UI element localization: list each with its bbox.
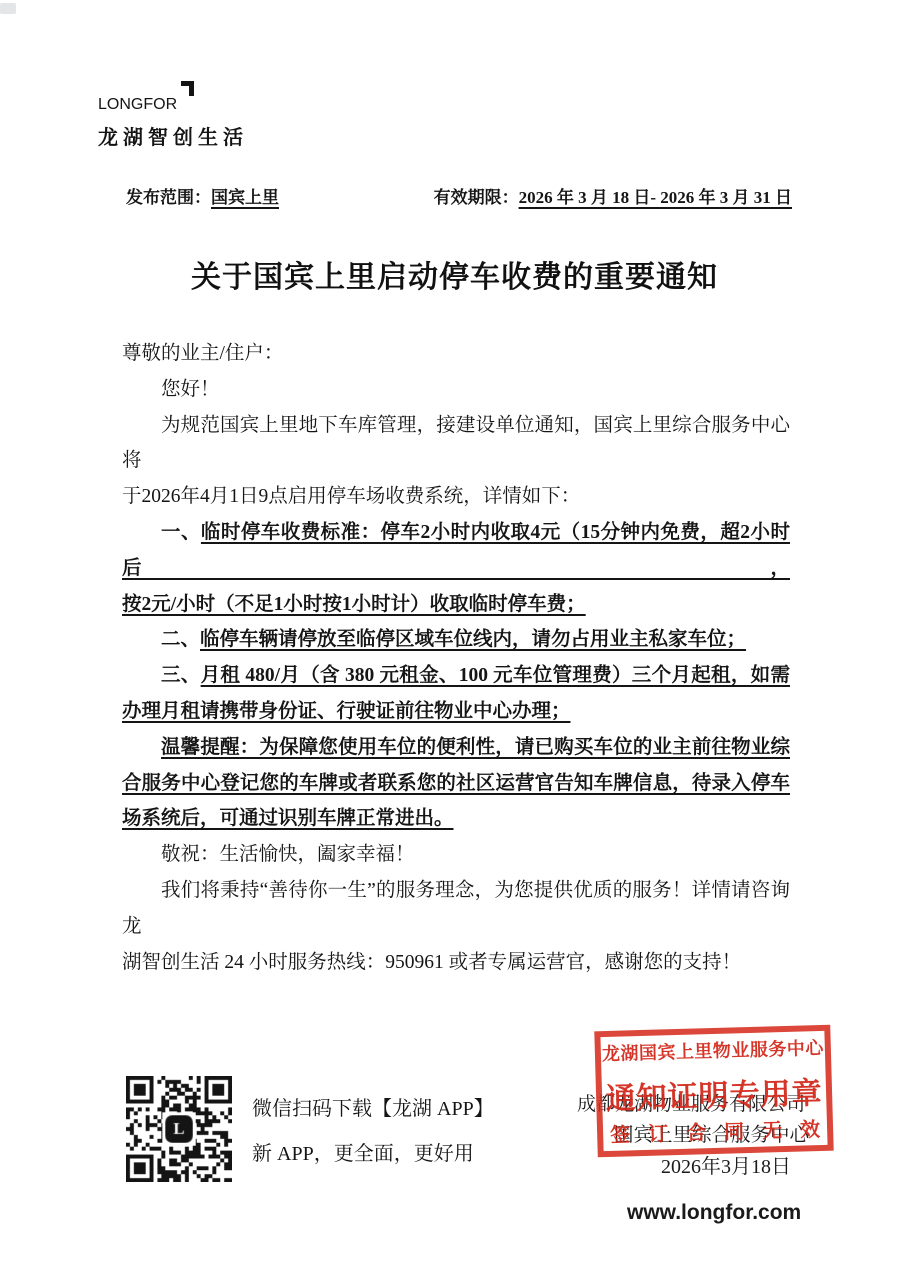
validity-field: 有效期限：2026 年 3 月 18 日- 2026 年 3 月 31 日: [434, 183, 792, 208]
body-line: 尊敬的业主/住户：: [122, 336, 790, 372]
body-line-segment: 一、: [161, 522, 201, 543]
body-line-segment: 于2026年4月1日9点启用停车场收费系统，详情如下：: [122, 486, 580, 507]
body-line: 敬祝：生活愉快，阖家幸福！: [122, 837, 790, 873]
app-download-section: 微信扫码下载【龙湖 APP】 新 APP，更全面，更好用: [126, 1076, 494, 1182]
body-line: 合服务中心登记您的车牌或者联系您的社区运营官告知车牌信息，待录入停车: [122, 766, 790, 802]
body-line: 三、月租 480/月（含 380 元租金、100 元车位管理费）三个月起租，如需: [122, 658, 790, 694]
qr-caption-line2: 新 APP，更全面，更好用: [252, 1137, 494, 1166]
body-line-segment: 办理月租请携带身份证、行驶证前往物业中心办理；: [122, 701, 571, 722]
meta-row: 发布范围：国宾上里 有效期限：2026 年 3 月 18 日- 2026 年 3…: [126, 183, 792, 208]
body-line: 温馨提醒：为保障您使用车位的便利性，请已购买车位的业主前往物业综: [122, 730, 790, 766]
notice-page: LONGFOR 龙湖智创生活 发布范围：国宾上里 有效期限：2026 年 3 月…: [0, 0, 909, 1280]
stamp-line-1: 龙湖国宾上里物业服务中心: [602, 1034, 825, 1066]
scan-artifact: [0, 3, 16, 14]
official-stamp: 龙湖国宾上里物业服务中心 通知证明专用章 签订合同无效: [594, 1025, 833, 1158]
body-line-segment: 敬祝：生活愉快，阖家幸福！: [161, 844, 415, 865]
body-line-segment: 我们将秉持“善待你一生”的服务理念，为您提供优质的服务！详情请咨询龙: [122, 880, 790, 937]
longfor-logo: LONGFOR 龙湖智创生活: [98, 94, 248, 150]
logo-wordmark: LONGFOR: [98, 94, 248, 114]
stamp-line-3: 签订合同无效: [610, 1120, 838, 1146]
body-line-segment: 湖智创生活 24 小时服务热线：950961 或者专属运营官，感谢您的支持！: [122, 952, 741, 973]
body-line: 一、临时停车收费标准：停车2小时内收取4元（15分钟内免费，超2小时后，: [122, 515, 790, 587]
body-line: 为规范国宾上里地下车库管理，接建设单位通知，国宾上里综合服务中心将: [122, 408, 790, 480]
qr-captions: 微信扫码下载【龙湖 APP】 新 APP，更全面，更好用: [252, 1092, 494, 1166]
notice-title: 关于国宾上里启动停车收费的重要通知: [0, 252, 909, 296]
scope-label: 发布范围：: [126, 188, 211, 207]
body-line: 您好！: [122, 372, 790, 408]
body-line-segment: 温馨提醒：为保障您使用车位的便利性，请已购买车位的业主前往物业综: [161, 737, 790, 758]
qr-code: [126, 1076, 232, 1182]
body-line-segment: 临停车辆请停放至临停区域车位线内，请勿占用业主私家车位；: [200, 629, 746, 650]
body-line: 湖智创生活 24 小时服务热线：950961 或者专属运营官，感谢您的支持！: [122, 945, 790, 981]
body-line-segment: 场系统后，可通过识别车牌正常进出。: [122, 808, 454, 829]
validity-value: 2026 年 3 月 18 日- 2026 年 3 月 31 日: [519, 188, 792, 207]
body-line-segment: 三、: [161, 665, 201, 686]
body-line-segment: 二、: [161, 629, 200, 650]
body-line: 按2元/小时（不足1小时按1小时计）收取临时停车费；: [122, 587, 790, 623]
logo-wordmark-text: LONGFOR: [98, 96, 177, 113]
body-line-segment: 合服务中心登记您的车牌或者联系您的社区运营官告知车牌信息，待录入停车: [122, 773, 790, 794]
notice-body: 尊敬的业主/住户：您好！为规范国宾上里地下车库管理，接建设单位通知，国宾上里综合…: [122, 336, 790, 980]
body-line: 办理月租请携带身份证、行驶证前往物业中心办理；: [122, 694, 790, 730]
website-url: www.longfor.com: [627, 1201, 801, 1225]
body-line: 场系统后，可通过识别车牌正常进出。: [122, 801, 790, 837]
body-line-segment: 临时停车收费标准：停车2小时内收取4元（15分钟内免费，超2小时后，: [122, 522, 790, 579]
logo-subtitle: 龙湖智创生活: [98, 121, 248, 150]
body-line: 于2026年4月1日9点启用停车场收费系统，详情如下：: [122, 479, 790, 515]
body-line: 我们将秉持“善待你一生”的服务理念，为您提供优质的服务！详情请咨询龙: [122, 873, 790, 945]
body-line: 二、临停车辆请停放至临停区域车位线内，请勿占用业主私家车位；: [122, 622, 790, 658]
scope-value: 国宾上里: [211, 188, 279, 207]
logo-corner-icon: [181, 81, 194, 96]
qr-caption-line1: 微信扫码下载【龙湖 APP】: [252, 1092, 494, 1121]
body-line-segment: 您好！: [161, 379, 220, 400]
validity-label: 有效期限：: [434, 188, 519, 207]
stamp-line-2: 通知证明专用章: [605, 1068, 823, 1118]
body-line-segment: 按2元/小时（不足1小时按1小时计）收取临时停车费；: [122, 594, 586, 615]
scope-field: 发布范围：国宾上里: [126, 183, 279, 208]
body-line-segment: 尊敬的业主/住户：: [122, 343, 283, 364]
body-line-segment: 月租 480/月（含 380 元租金、100 元车位管理费）三个月起租，如需: [201, 665, 790, 686]
body-line-segment: 为规范国宾上里地下车库管理，接建设单位通知，国宾上里综合服务中心将: [122, 415, 790, 472]
